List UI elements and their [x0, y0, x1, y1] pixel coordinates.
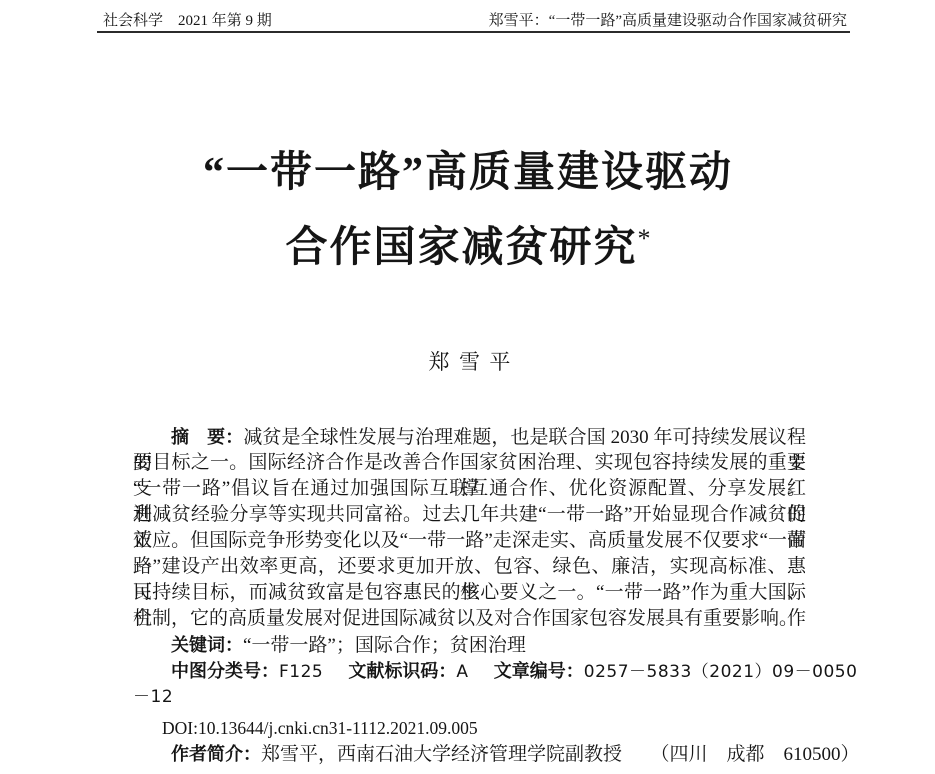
article-id-continuation: －12 — [133, 684, 806, 710]
article-title-line1: “一带一路”高质量建设驱动 — [113, 140, 823, 206]
author-bio-line: 作者简介：郑雪平，西南石油大学经济管理学院副教授 （四川 成都 610500） — [133, 741, 806, 767]
clc-label: 中图分类号： — [171, 661, 279, 681]
title-footnote-marker: * — [638, 224, 651, 253]
article-title-line2: 合作国家减贫研究* — [113, 206, 823, 281]
article-id-value: 0257－5833（2021）09－0050 — [584, 662, 858, 682]
abstract-line: 要目标之一。国际经济合作是改善合作国家贫困治理、实现包容持续发展的重要支撑。 — [133, 450, 806, 476]
doi-line: DOI:10.13644/j.cnki.cn31-1112.2021.09.00… — [133, 715, 806, 741]
article-id-label: 文章编号： — [494, 661, 584, 681]
front-matter: 摘 要：减贫是全球性发展与治理难题，也是联合国 2030 年可持续发展议程的主 … — [133, 424, 806, 767]
abstract-line: 路”建设产出效率更高，还要求更加开放、包容、绿色、廉洁，实现高标准、惠民生、 — [133, 554, 806, 580]
abstract-line-last: 机制，它的高质量发展对促进国际减贫以及对合作国家包容发展具有重要影响。 — [133, 606, 806, 632]
keywords-label: 关键词： — [171, 635, 243, 655]
abstract-line: 进减贫经验分享等实现共同富裕。过去几年共建“一带一路”开始显现合作减贫的正面 — [133, 502, 806, 528]
classification-line: 中图分类号：F125文献标识码：A文章编号：0257－5833（2021）09－… — [133, 658, 806, 684]
doc-code-label: 文献标识码： — [348, 661, 456, 681]
clc-value: F125 — [279, 662, 323, 682]
abstract-line: 摘 要：减贫是全球性发展与治理难题，也是联合国 2030 年可持续发展议程的主 — [133, 424, 806, 450]
abstract-line: “一带一路”倡议旨在通过加强国际互联互通合作、优化资源配置、分享发展红利、促 — [133, 476, 806, 502]
abstract-line: 可持续目标，而减贫致富是包容惠民的核心要义之一。“一带一路”作为重大国际合作 — [133, 580, 806, 606]
keywords-line: 关键词：“一带一路”；国际合作；贫困治理 — [133, 632, 806, 658]
abstract-label: 摘 要： — [171, 427, 243, 447]
journal-name-issue: 社会科学 2021 年第 9 期 — [103, 11, 272, 31]
author-bio-text: 郑雪平，西南石油大学经济管理学院副教授 （四川 成都 610500） — [261, 744, 860, 765]
article-title: “一带一路”高质量建设驱动 合作国家减贫研究* — [113, 140, 823, 281]
author-bio-label: 作者简介： — [171, 744, 261, 764]
abstract-line: 效应。但国际竞争形势变化以及“一带一路”走深走实、高质量发展不仅要求“一带一 — [133, 528, 806, 554]
author-name: 郑雪平 — [133, 349, 806, 375]
running-header: 社会科学 2021 年第 9 期 郑雪平：“一带一路”高质量建设驱动合作国家减贫… — [103, 11, 847, 31]
doc-code-value: A — [456, 662, 468, 682]
running-head-title: 郑雪平：“一带一路”高质量建设驱动合作国家减贫研究 — [489, 11, 847, 31]
paper-first-page: 社会科学 2021 年第 9 期 郑雪平：“一带一路”高质量建设驱动合作国家减贫… — [0, 0, 935, 774]
keywords-text: “一带一路”；国际合作；贫困治理 — [243, 635, 526, 656]
header-rule — [97, 31, 850, 33]
